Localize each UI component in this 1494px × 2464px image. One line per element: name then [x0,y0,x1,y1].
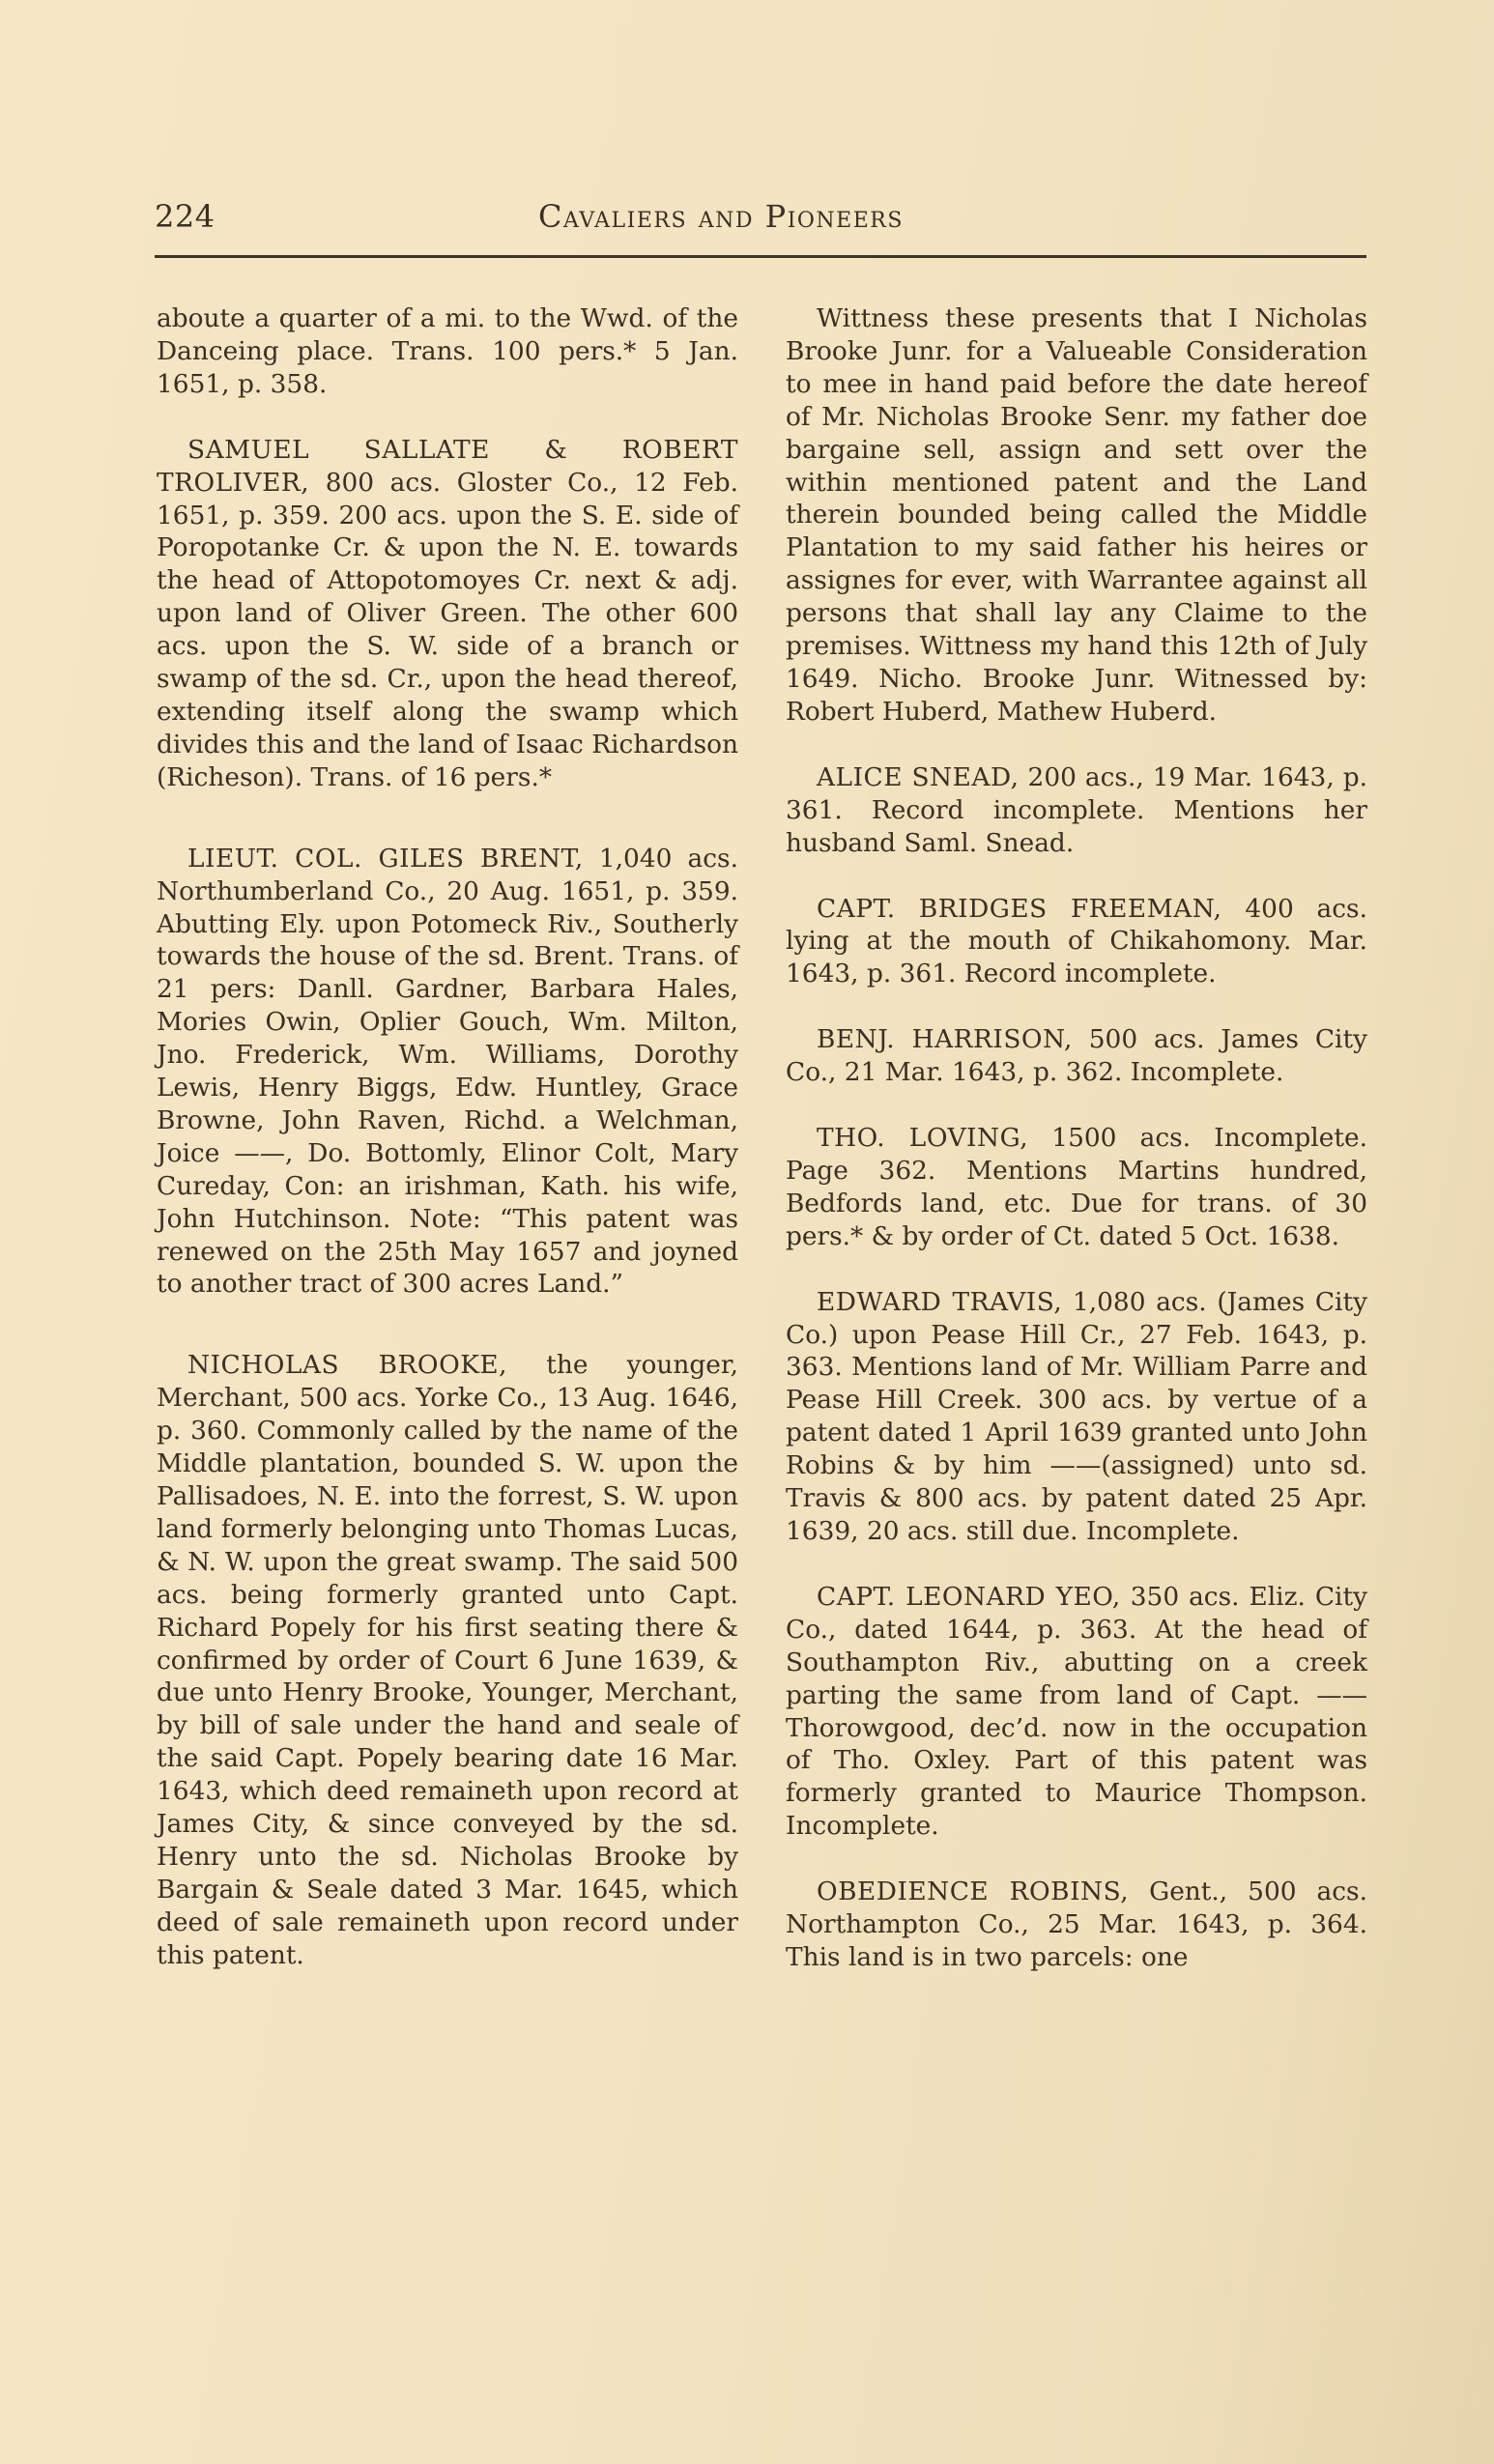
entry-name: BENJ. HARRISON, [817,1024,1073,1054]
patent-entry-sallate-troliver: SAMUEL SALLATE & ROBERT TROLIVER, 800 ac… [157,434,738,794]
entry-name: NICHOLAS BROOKE, [187,1350,507,1380]
patent-entry-obedience-robins: OBEDIENCE ROBINS, Gent., 500 acs. Northa… [786,1876,1367,1974]
entry-name: ALICE SNEAD, [817,762,1020,792]
right-column: Wittness these presents that I Nicho­las… [786,302,1367,2007]
patent-entry-tho-loving: THO. LOVING, 1500 acs. Incom­plete. Page… [786,1122,1367,1253]
entry-text: the younger, Merchant, 500 acs. Yorke Co… [157,1350,738,1969]
left-column: aboute a quarter of a mi. to the Wwd. of… [157,302,738,2005]
entry-text: Wittness these presents that I Nicho­las… [786,303,1367,727]
entry-name: THO. LOVING, [817,1123,1028,1153]
page-number: 224 [155,198,215,235]
entry-text: aboute a quarter of a mi. to the Wwd. of… [157,303,738,399]
entry-name: EDWARD TRAVIS, [817,1287,1062,1317]
entry-name: CAPT. BRIDGES FREEMAN, [817,894,1222,924]
patent-entry-alice-snead: ALICE SNEAD, 200 acs., 19 Mar. 1643, p. … [786,761,1367,860]
patent-entry-edward-travis: EDWARD TRAVIS, 1,080 acs. (James City Co… [786,1286,1367,1548]
entry-text: 350 acs. Eliz. City Co., dated 1644, p. … [786,1582,1367,1841]
patent-entry-leonard-yeo: CAPT. LEONARD YEO, 350 acs. Eliz. City C… [786,1581,1367,1843]
patent-entry-benj-harrison: BENJ. HARRISON, 500 acs. James City Co.,… [786,1023,1367,1089]
patent-entry-nicholas-brooke: NICHOLAS BROOKE, the younger, Merchant, … [157,1349,738,1971]
deed-witness-entry: Wittness these presents that I Nicho­las… [786,302,1367,729]
continued-entry: aboute a quarter of a mi. to the Wwd. of… [157,302,738,401]
patent-entry-bridges-freeman: CAPT. BRIDGES FREEMAN, 400 acs. lying at… [786,893,1367,991]
page-header: 224 Cavaliers and Pioneers [155,198,1366,241]
entry-text: 800 acs. Gloster Co., 12 Feb. 1651, p. 3… [157,468,738,792]
patent-entry-giles-brent: LIEUT. COL. GILES BRENT, 1,040 acs. Nort… [157,843,738,1302]
entry-text: 1,080 acs. (James City Co.) upon Pease H… [786,1287,1367,1546]
header-rule [155,255,1366,258]
entry-name: OBEDIENCE ROBINS, [817,1877,1129,1906]
entry-text: 1,040 acs. Northumberland Co., 20 Aug. 1… [157,844,738,1300]
running-title: Cavaliers and Pioneers [538,198,904,235]
entry-name: LIEUT. COL. GILES BRENT, [187,844,584,874]
entry-name: CAPT. LEONARD YEO, [817,1582,1121,1612]
